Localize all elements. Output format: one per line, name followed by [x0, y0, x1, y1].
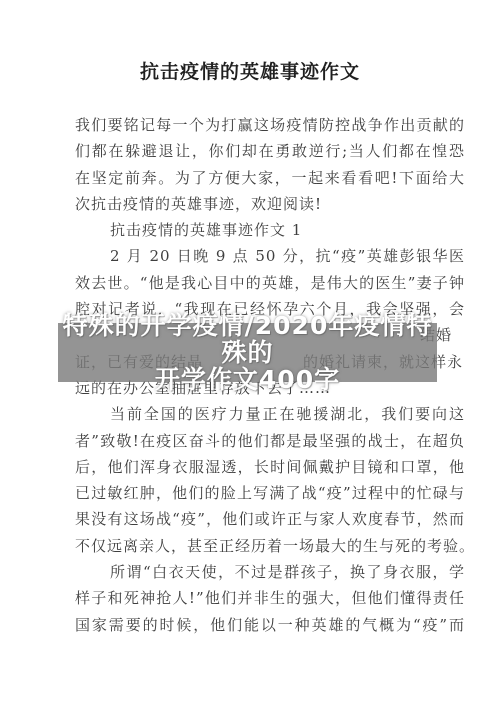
essay-line: 我们要铭记每一个为打赢这场疫情防控战争作出贡献的英雄，当人 — [75, 112, 465, 138]
essay-line: 当前全国的医疗力量正在驰援湖北，我们要向这些“逆行 — [75, 401, 465, 427]
essay-line: 2 月 20 日晚 9 点 50 分，抗“疫”英雄彭银华医生经抢救无 — [75, 243, 465, 269]
watermark-line-2: 开学作文400字 — [155, 366, 340, 393]
essay-line: 不仅远离亲人，甚至正经历着一场最大的生与死的考验。 — [75, 533, 465, 559]
essay-line: 所谓“白衣天使，不过是群孩子，换了身衣服，学着前辈的 — [75, 559, 465, 585]
document-page: 抗击疫情的英雄事迹作文 我们要铭记每一个为打赢这场疫情防控战争作出贡献的英雄，当… — [0, 0, 500, 706]
essay-line: 已过敏红肿，他们的脸上写满了战“疫”过程中的忙碌与辛酸。如 — [75, 480, 465, 506]
essay-line: 在坚定前奔。为了方便大家，一起来看看吧!下面给大家分享关于这 — [75, 165, 465, 191]
watermark-overlay: 特殊的开学疫情/2020年疫情特殊的 开学作文400字 — [58, 323, 437, 382]
essay-line: 效去世。“他是我心目中的英雄，是伟大的医生”妻子钟欣带着哭 — [75, 270, 465, 296]
essay-line: 抗击疫情的英雄事迹作文 1 — [75, 217, 465, 243]
watermark-line-1: 特殊的开学疫情/2020年疫情特殊的 — [58, 312, 437, 366]
essay-line: 们都在躲避退让，你们却在勇敢逆行;当人们都在惶恐不安，你们却 — [75, 138, 465, 164]
essay-line: 样子和死神抢人!”他们并非生的强大，但他们懂得责任与担当，在 — [75, 585, 465, 611]
essay-line: 果没有这场战“疫”，他们或许正与家人欢度春节，然而此刻的他们 — [75, 506, 465, 532]
essay-line: 国家需要的时候，他们能以一种英雄的气概为“疫”而战，用汗水 — [75, 612, 465, 638]
essay-title: 抗击疫情的英雄事迹作文 — [0, 57, 500, 84]
essay-line: 次抗击疫情的英雄事迹，欢迎阅读! — [75, 191, 465, 217]
essay-line: 后，他们浑身衣服湿透，长时间佩戴护目镜和口罩，他们的脸颊都 — [75, 454, 465, 480]
essay-line: 者”致敬!在疫区奋斗的他们都是最坚强的战士，在超负荷的工作 — [75, 428, 465, 454]
